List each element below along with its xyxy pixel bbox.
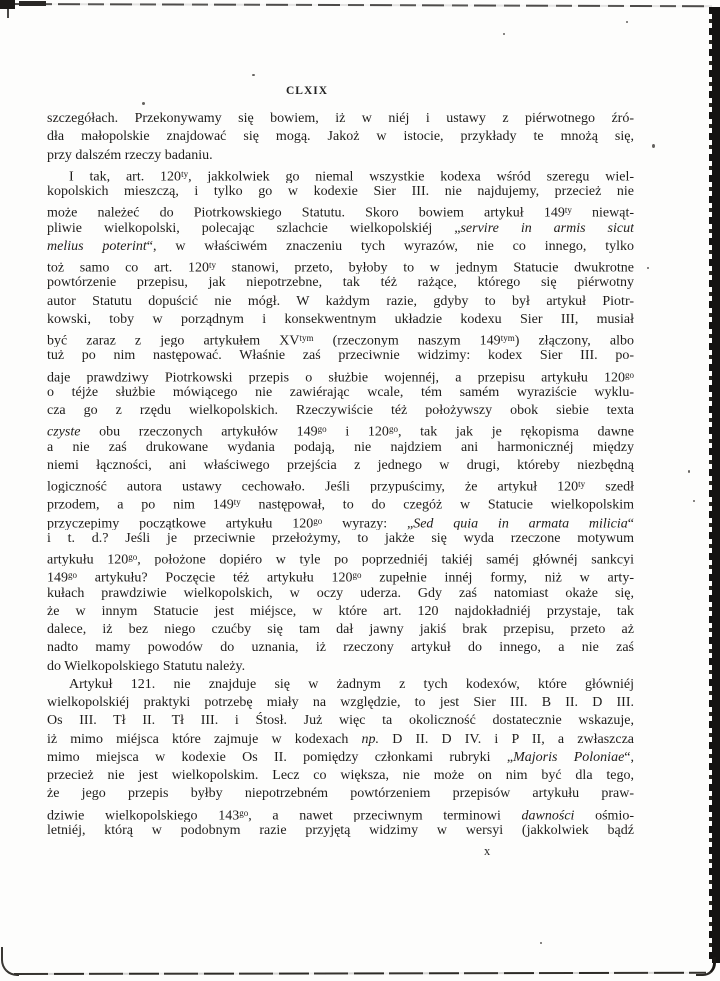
scan-bottom-right-curve: [696, 957, 716, 976]
scan-speck: [688, 470, 690, 473]
text-line: kowski, toby w porządnym i konsekwentnym…: [47, 311, 634, 329]
text-line: że w innym Statucie jest miéjsce, w któr…: [47, 603, 634, 621]
scanned-book-page: CLXIX szczegółach. Przekonywamy się bowi…: [0, 0, 720, 981]
text-line: szczegółach. Przekonywamy się bowiem, iż…: [47, 110, 634, 128]
scan-speck: [626, 21, 628, 23]
text-line: cza go z rzędu wielkopolskich. Rzeczywiś…: [47, 402, 634, 420]
text-line: melius poterint“, w właściwém znaczeniu …: [47, 238, 634, 256]
text-line: i t. d.? Jeśli je przeciwnie przełożymy,…: [47, 530, 634, 548]
scan-speck: [142, 102, 145, 105]
text-line: 149go artykułu? Poczęcie téż artykułu 12…: [47, 566, 634, 584]
scan-speck: [540, 942, 542, 944]
text-line: pliwie wielkopolski, polecając szlachcie…: [47, 220, 634, 238]
text-line: iż mimo miéjsca które zajmuje w kodexach…: [47, 731, 634, 749]
text-line: dalece, iż bez niego czućby się tam dał …: [47, 621, 634, 639]
scan-top-left-blob: [19, 1, 46, 6]
text-line: przecież nie jest wielkopolskim. Lecz co…: [47, 767, 634, 785]
scan-bottom-left-curve: [1, 947, 19, 976]
text-line: niemi łączności, ani właściwego przejści…: [47, 457, 634, 475]
scan-top-left-blob: [0, 0, 15, 9]
scan-bottom-edge-line: [14, 972, 706, 975]
text-line: kopolskich mieszczą, i tylko go w kodexi…: [47, 183, 634, 201]
text-line: a nie zaś drukowane wydania podają, nie …: [47, 439, 634, 457]
text-line: Os III. Tł II. Tł III. i Śtosł. Już więc…: [47, 712, 634, 730]
text-line: logiczność autora ustawy cechowało. Jeśl…: [47, 475, 634, 493]
scan-top-left-tick: [7, 9, 9, 18]
text-line: że jego przepis byłby niepotrzebném powt…: [47, 785, 634, 803]
text-line: o téjże służbie mówiącego nie zawiérając…: [47, 384, 634, 402]
text-line: mimo miejsca w kodexie Os II. pomiędzy c…: [47, 749, 634, 767]
text-line: do Wielkopolskiego Statutu należy.: [47, 658, 634, 676]
scan-speck: [503, 33, 505, 35]
text-line: tuż po nim następować. Właśnie zaś przec…: [47, 347, 634, 365]
scan-speck: [647, 267, 649, 269]
scan-top-edge-line: [6, 3, 712, 7]
text-line: być zaraz z jego artykułem XVtym (rzeczo…: [47, 329, 634, 347]
text-line: Artykuł 121. nie znajduje się w żadnym z…: [47, 676, 634, 694]
scan-speck: [652, 144, 655, 148]
signature-mark: x: [484, 844, 490, 859]
text-line: może należeć do Piotrkowskiego Statutu. …: [47, 201, 634, 219]
text-line: nadto mamy powodów do uznania, iż rzeczo…: [47, 639, 634, 657]
text-line: kułach prawdziwie wielkopolskich, w oczy…: [47, 585, 634, 603]
text-line: autor Statutu dopuścić nie mógł. W każdy…: [47, 293, 634, 311]
text-line: przodem, a po nim 149ty następował, to d…: [47, 493, 634, 511]
text-line: powtórzenie przepisu, jak niepotrzebne, …: [47, 274, 634, 292]
text-line: przyczepimy początkowe artykułu 120go wy…: [47, 512, 634, 530]
scan-speck: [693, 500, 695, 502]
text-line: dła małopolskie znajdować się mogą. Jako…: [47, 128, 634, 146]
scan-right-edge-band: [712, 7, 720, 963]
text-block: szczegółach. Przekonywamy się bowiem, iż…: [47, 110, 634, 840]
text-line: I tak, art. 120ty, jakkolwiek go niemal …: [47, 165, 634, 183]
text-line: toż samo co art. 120ty stanowi, przeto, …: [47, 256, 634, 274]
text-line: letniéj, którą w podobnym razie przyjętą…: [47, 822, 634, 840]
text-line: wielkopolskiéj praktyki potrzebę miały n…: [47, 694, 634, 712]
text-line: czyste obu rzeczonych artykułów 149go i …: [47, 420, 634, 438]
text-line: daje prawdziwy Piotrkowski przepis o słu…: [47, 366, 634, 384]
page-number-header: CLXIX: [286, 85, 328, 97]
text-line: przy dalszém rzeczy badaniu.: [47, 147, 634, 165]
text-line: artykułu 120go, położone dopiéro w tyle …: [47, 548, 634, 566]
scan-speck: [252, 74, 255, 76]
text-line: dziwie wielkopolskiego 143go, a nawet pr…: [47, 804, 634, 822]
